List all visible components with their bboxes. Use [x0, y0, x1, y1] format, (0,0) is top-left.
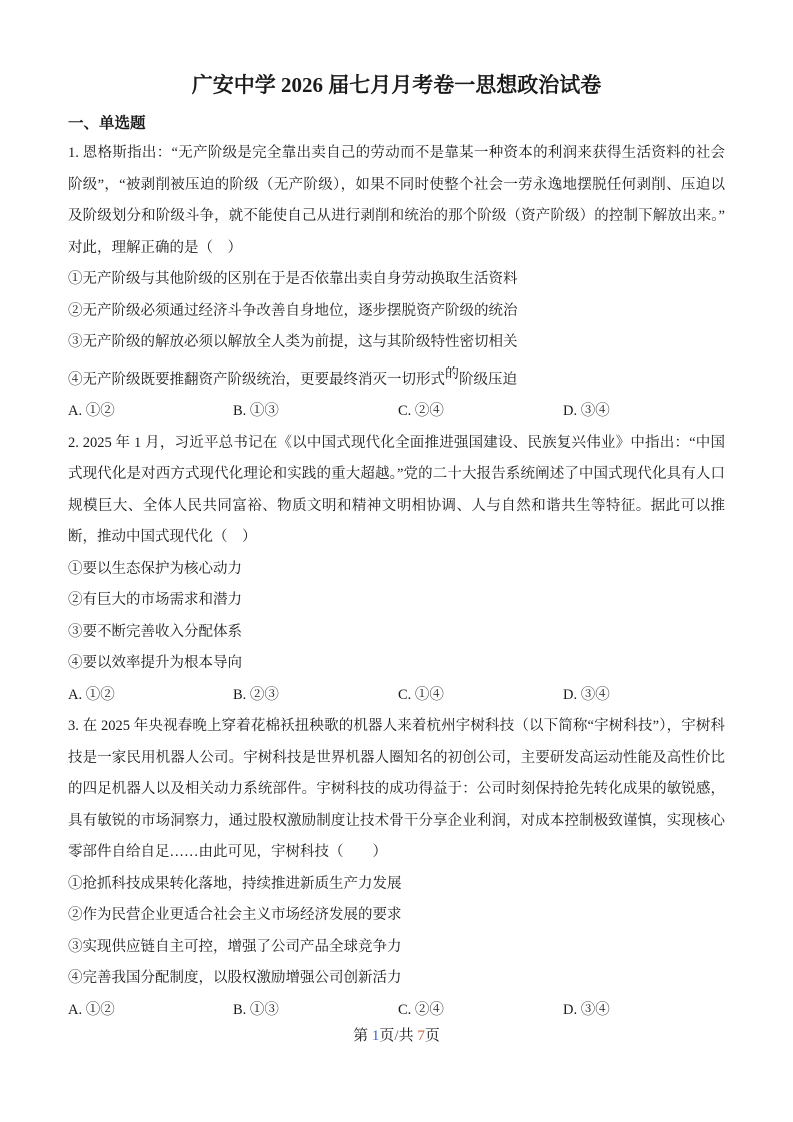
question-1-choices-row: A. ①② B. ①③ C. ②④ D. ③④ — [68, 396, 725, 428]
footer-prefix: 第 — [353, 1028, 372, 1044]
question-1-option-3: ③无产阶级的解放必须以解放全人类为前提，这与其阶级特性密切相关 — [68, 327, 725, 359]
question-1-option-4-superscript: 的 — [445, 359, 459, 391]
question-3-option-2: ②作为民营企业更适合社会主义市场经济发展的要求 — [68, 900, 725, 932]
footer-page-label: 页 — [379, 1028, 394, 1044]
question-1-stem: 1. 恩格斯指出：“无产阶级是完全靠出卖自己的劳动而不是靠某一种资本的利润来获得… — [68, 138, 725, 264]
question-2-choice-b: B. ②③ — [233, 680, 398, 712]
footer-total-label: 页 — [425, 1028, 440, 1044]
question-2-option-4: ④要以效率提升为根本导向 — [68, 648, 725, 680]
question-3-choices-row: A. ①② B. ①③ C. ②④ D. ③④ — [68, 995, 725, 1027]
question-3-option-4: ④完善我国分配制度，以股权激励增强公司创新活力 — [68, 963, 725, 995]
question-3-choice-d: D. ③④ — [563, 995, 610, 1027]
question-1-option-1: ①无产阶级与其他阶级的区别在于是否依靠出卖自身劳动换取生活资料 — [68, 264, 725, 296]
exam-paper-page: 广安中学 2026 届七月月考卷一思想政治试卷 一、单选题 1. 恩格斯指出：“… — [0, 0, 793, 1122]
question-1-option-4-text: ④无产阶级既要推翻资产阶级统治，更要最终消灭一切形式 — [68, 372, 445, 388]
question-3-option-3: ③实现供应链自主可控，增强了公司产品全球竞争力 — [68, 932, 725, 964]
question-2-stem: 2. 2025 年 1 月，习近平总书记在《以中国式现代化全面推进强国建设、民族… — [68, 428, 725, 554]
question-1-choice-b: B. ①③ — [233, 396, 398, 428]
question-2-option-1: ①要以生态保护为核心动力 — [68, 554, 725, 586]
question-3-choice-b: B. ①③ — [233, 995, 398, 1027]
question-3-stem: 3. 在 2025 年央视春晚上穿着花棉袄扭秧歌的机器人来着杭州宇树科技（以下简… — [68, 711, 725, 869]
footer-total-pages: 7 — [417, 1028, 425, 1044]
question-1-option-2: ②无产阶级必须通过经济斗争改善自身地位，逐步摆脱资产阶级的统治 — [68, 296, 725, 328]
question-2: 2. 2025 年 1 月，习近平总书记在《以中国式现代化全面推进强国建设、民族… — [68, 428, 725, 712]
question-3-option-1: ①抢抓科技成果转化落地，持续推进新质生产力发展 — [68, 869, 725, 901]
question-1: 1. 恩格斯指出：“无产阶级是完全靠出卖自己的劳动而不是靠某一种资本的利润来获得… — [68, 138, 725, 428]
footer-total-prefix: 共 — [399, 1028, 418, 1044]
question-3: 3. 在 2025 年央视春晚上穿着花棉袄扭秧歌的机器人来着杭州宇树科技（以下简… — [68, 711, 725, 1026]
page-title: 广安中学 2026 届七月月考卷一思想政治试卷 — [68, 70, 725, 100]
question-2-choice-a: A. ①② — [68, 680, 233, 712]
question-1-choice-d: D. ③④ — [563, 396, 610, 428]
question-3-choice-c: C. ②④ — [398, 995, 563, 1027]
question-3-choice-a: A. ①② — [68, 995, 233, 1027]
question-2-option-2: ②有巨大的市场需求和潜力 — [68, 585, 725, 617]
question-2-choices-row: A. ①② B. ②③ C. ①④ D. ③④ — [68, 680, 725, 712]
section-heading: 一、单选题 — [68, 112, 725, 136]
question-2-choice-d: D. ③④ — [563, 680, 610, 712]
question-1-choice-a: A. ①② — [68, 396, 233, 428]
question-1-option-4: ④无产阶级既要推翻资产阶级统治，更要最终消灭一切形式的阶级压迫 — [68, 359, 725, 397]
question-1-choice-c: C. ②④ — [398, 396, 563, 428]
question-1-option-4-text-end: 阶级压迫 — [459, 372, 517, 388]
question-2-option-3: ③要不断完善收入分配体系 — [68, 617, 725, 649]
question-2-choice-c: C. ①④ — [398, 680, 563, 712]
page-footer: 第 1页/共 7页 — [0, 1026, 793, 1046]
